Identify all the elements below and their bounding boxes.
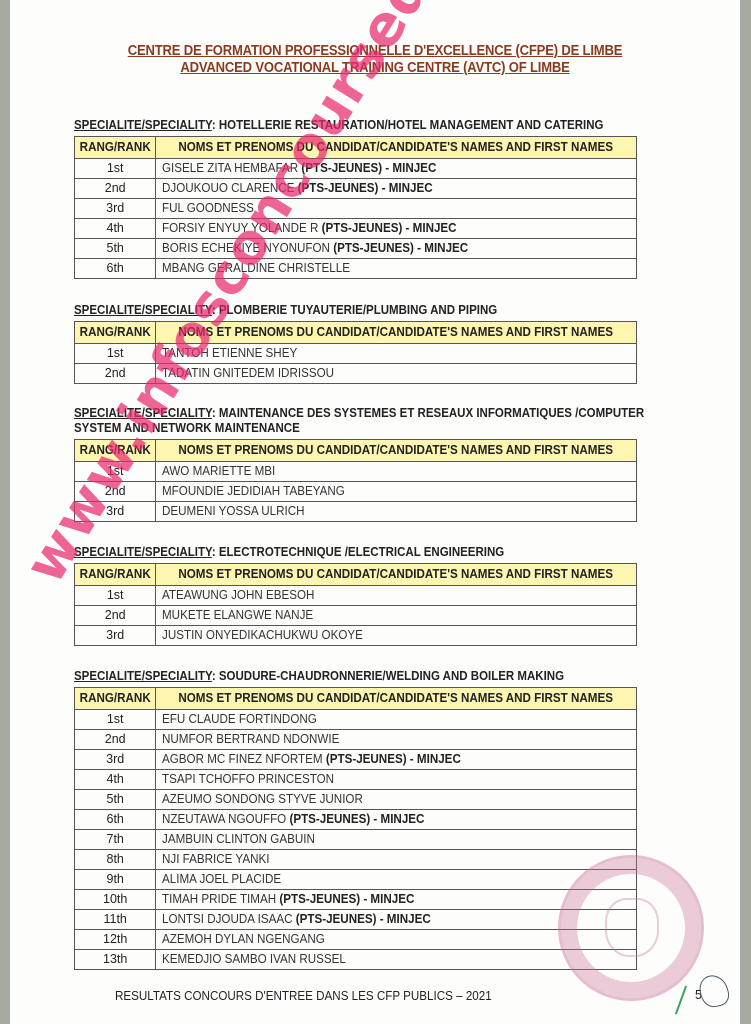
table-row: 4thTSAPI TCHOFFO PRINCESTON [75,770,637,790]
table-row: 3rdDEUMENI YOSSA ULRICH [75,502,637,522]
table-header-row: RANG/RANKNOMS ET PRENOMS DU CANDIDAT/CAN… [75,322,637,344]
official-stamp [558,855,704,1001]
candidate-name-cell: GISELE ZITA HEMBAFAR (PTS-JEUNES) - MINJ… [156,159,636,179]
table-row: 1stATEAWUNG JOHN EBESOH [75,586,637,606]
table-row: 2ndMFOUNDIE JEDIDIAH TABEYANG [75,482,637,502]
rank-cell: 1st [75,344,156,364]
name-column-header: NOMS ET PRENOMS DU CANDIDAT/CANDIDATE'S … [156,688,636,710]
program-tag: (PTS-JEUNES) - MINJEC [290,812,425,826]
table-row: 7thJAMBUIN CLINTON GABUIN [75,830,637,850]
table-row: 3rdAGBOR MC FINEZ NFORTEM (PTS-JEUNES) -… [75,750,637,770]
table-header-row: RANG/RANKNOMS ET PRENOMS DU CANDIDAT/CAN… [75,137,637,159]
candidate-name-cell: ALIMA JOEL PLACIDE [156,870,636,890]
table-row: 1stGISELE ZITA HEMBAFAR (PTS-JEUNES) - M… [75,159,637,179]
rank-column-header: RANG/RANK [75,564,156,586]
rank-cell: 2nd [75,179,156,199]
candidate-name-cell: NUMFOR BERTRAND NDONWIE [156,730,636,750]
table-header-row: RANG/RANKNOMS ET PRENOMS DU CANDIDAT/CAN… [75,688,637,710]
candidate-name-cell: DJOUKOUO CLARENCE (PTS-JEUNES) - MINJEC [156,179,636,199]
candidate-name-cell: MBANG GERALDINE CHRISTELLE [156,259,636,279]
table-row: 1stTANTOH ETIENNE SHEY [75,344,637,364]
results-table: RANG/RANKNOMS ET PRENOMS DU CANDIDAT/CAN… [74,136,637,279]
table-row: 13thKEMEDJIO SAMBO IVAN RUSSEL [75,950,637,970]
speciality-heading: SPECIALITE/SPECIALITY: SOUDURE-CHAUDRONN… [74,669,589,684]
speciality-heading: SPECIALITE/SPECIALITY: PLOMBERIE TUYAUTE… [74,303,589,318]
name-column-header: NOMS ET PRENOMS DU CANDIDAT/CANDIDATE'S … [156,137,636,159]
table-row: 9thALIMA JOEL PLACIDE [75,870,637,890]
table-row: 8thNJI FABRICE YANKI [75,850,637,870]
section-computer-maintenance: SPECIALITE/SPECIALITY: MAINTENANCE DES S… [74,406,634,522]
table-row: 6thMBANG GERALDINE CHRISTELLE [75,259,637,279]
rank-cell: 4th [75,219,156,239]
rank-cell: 6th [75,259,156,279]
section-plumbing: SPECIALITE/SPECIALITY: PLOMBERIE TUYAUTE… [74,303,634,384]
candidate-name-cell: AZEUMO SONDONG STYVE JUNIOR [156,790,636,810]
rank-cell: 8th [75,850,156,870]
rank-cell: 1st [75,710,156,730]
document-title-line1: CENTRE DE FORMATION PROFESSIONNELLE D'EX… [47,43,704,59]
table-header-row: RANG/RANKNOMS ET PRENOMS DU CANDIDAT/CAN… [75,440,637,462]
signature-stroke [675,986,687,1015]
rank-cell: 6th [75,810,156,830]
rank-cell: 3rd [75,750,156,770]
speciality-heading: SPECIALITE/SPECIALITY: MAINTENANCE DES S… [74,406,589,421]
candidate-name-cell: BORIS ECHEKIYE NYONUFON (PTS-JEUNES) - M… [156,239,636,259]
name-column-header: NOMS ET PRENOMS DU CANDIDAT/CANDIDATE'S … [156,322,636,344]
rank-cell: 12th [75,930,156,950]
candidate-name-cell: JAMBUIN CLINTON GABUIN [156,830,636,850]
table-row: 2ndTADATIN GNITEDEM IDRISSOU [75,364,637,384]
speciality-heading-line2: SYSTEM AND NETWORK MAINTENANCE [74,421,589,436]
rank-column-header: RANG/RANK [75,440,156,462]
table-row: 5thBORIS ECHEKIYE NYONUFON (PTS-JEUNES) … [75,239,637,259]
rank-column-header: RANG/RANK [75,137,156,159]
rank-cell: 1st [75,159,156,179]
speciality-heading: SPECIALITE/SPECIALITY: ELECTROTECHNIQUE … [74,545,589,560]
rank-cell: 3rd [75,502,156,522]
table-row: 11thLONTSI DJOUDA ISAAC (PTS-JEUNES) - M… [75,910,637,930]
table-row: 2ndNUMFOR BERTRAND NDONWIE [75,730,637,750]
document-page: CENTRE DE FORMATION PROFESSIONNELLE D'EX… [10,0,740,1024]
table-row: 6thNZEUTAWA NGOUFFO (PTS-JEUNES) - MINJE… [75,810,637,830]
candidate-name-cell: TSAPI TCHOFFO PRINCESTON [156,770,636,790]
rank-cell: 5th [75,790,156,810]
name-column-header: NOMS ET PRENOMS DU CANDIDAT/CANDIDATE'S … [156,440,636,462]
table-row: 3rdJUSTIN ONYEDIKACHUKWU OKOYE [75,626,637,646]
program-tag: (PTS-JEUNES) - MINJEC [302,161,437,175]
results-table: RANG/RANKNOMS ET PRENOMS DU CANDIDAT/CAN… [74,563,637,646]
candidate-name-cell: MFOUNDIE JEDIDIAH TABEYANG [156,482,636,502]
rank-column-header: RANG/RANK [75,322,156,344]
candidate-name-cell: TANTOH ETIENNE SHEY [156,344,636,364]
results-table: RANG/RANKNOMS ET PRENOMS DU CANDIDAT/CAN… [74,321,637,384]
rank-column-header: RANG/RANK [75,688,156,710]
program-tag: (PTS-JEUNES) - MINJEC [326,752,461,766]
rank-cell: 2nd [75,606,156,626]
rank-cell: 5th [75,239,156,259]
candidate-name-cell: AWO MARIETTE MBI [156,462,636,482]
candidate-name-cell: NJI FABRICE YANKI [156,850,636,870]
candidate-name-cell: JUSTIN ONYEDIKACHUKWU OKOYE [156,626,636,646]
table-row: 2ndMUKETE ELANGWE NANJE [75,606,637,626]
table-header-row: RANG/RANKNOMS ET PRENOMS DU CANDIDAT/CAN… [75,564,637,586]
rank-cell: 3rd [75,199,156,219]
rank-cell: 4th [75,770,156,790]
rank-cell: 3rd [75,626,156,646]
results-table: RANG/RANKNOMS ET PRENOMS DU CANDIDAT/CAN… [74,687,637,970]
page-footer: RESULTATS CONCOURS D'ENTREE DANS LES CFP… [115,989,492,1003]
program-tag: (PTS-JEUNES) - MINJEC [296,912,431,926]
program-tag: (PTS-JEUNES) - MINJEC [322,221,457,235]
candidate-name-cell: ATEAWUNG JOHN EBESOH [156,586,636,606]
section-hotel-management: SPECIALITE/SPECIALITY: HOTELLERIE RESTAU… [74,118,634,279]
rank-cell: 13th [75,950,156,970]
name-column-header: NOMS ET PRENOMS DU CANDIDAT/CANDIDATE'S … [156,564,636,586]
rank-cell: 10th [75,890,156,910]
candidate-name-cell: FUL GOODNESS [156,199,636,219]
candidate-name-cell: DEUMENI YOSSA ULRICH [156,502,636,522]
rank-cell: 1st [75,586,156,606]
rank-cell: 9th [75,870,156,890]
rank-cell: 2nd [75,730,156,750]
section-electrical-engineering: SPECIALITE/SPECIALITY: ELECTROTECHNIQUE … [74,545,634,646]
rank-cell: 1st [75,462,156,482]
rank-cell: 11th [75,910,156,930]
table-row: 2ndDJOUKOUO CLARENCE (PTS-JEUNES) - MINJ… [75,179,637,199]
table-row: 10thTIMAH PRIDE TIMAH (PTS-JEUNES) - MIN… [75,890,637,910]
table-row: 1stAWO MARIETTE MBI [75,462,637,482]
section-welding: SPECIALITE/SPECIALITY: SOUDURE-CHAUDRONN… [74,669,634,970]
table-row: 3rdFUL GOODNESS [75,199,637,219]
document-title-line2: ADVANCED VOCATIONAL TRAINING CENTRE (AVT… [47,60,704,76]
candidate-name-cell: NZEUTAWA NGOUFFO (PTS-JEUNES) - MINJEC [156,810,636,830]
speciality-heading: SPECIALITE/SPECIALITY: HOTELLERIE RESTAU… [74,118,589,133]
candidate-name-cell: AGBOR MC FINEZ NFORTEM (PTS-JEUNES) - MI… [156,750,636,770]
rank-cell: 7th [75,830,156,850]
table-row: 5thAZEUMO SONDONG STYVE JUNIOR [75,790,637,810]
program-tag: (PTS-JEUNES) - MINJEC [280,892,415,906]
table-row: 12thAZEMOH DYLAN NGENGANG [75,930,637,950]
table-row: 1stEFU CLAUDE FORTINDONG [75,710,637,730]
signature-mark [696,972,731,1010]
candidate-name-cell: FORSIY ENYUY YOLANDE R (PTS-JEUNES) - MI… [156,219,636,239]
rank-cell: 2nd [75,364,156,384]
program-tag: (PTS-JEUNES) - MINJEC [334,241,469,255]
candidate-name-cell: TADATIN GNITEDEM IDRISSOU [156,364,636,384]
candidate-name-cell: MUKETE ELANGWE NANJE [156,606,636,626]
table-row: 4thFORSIY ENYUY YOLANDE R (PTS-JEUNES) -… [75,219,637,239]
coat-of-arms-icon [605,898,659,957]
results-table: RANG/RANKNOMS ET PRENOMS DU CANDIDAT/CAN… [74,439,637,522]
candidate-name-cell: EFU CLAUDE FORTINDONG [156,710,636,730]
program-tag: (PTS-JEUNES) - MINJEC [298,181,433,195]
rank-cell: 2nd [75,482,156,502]
